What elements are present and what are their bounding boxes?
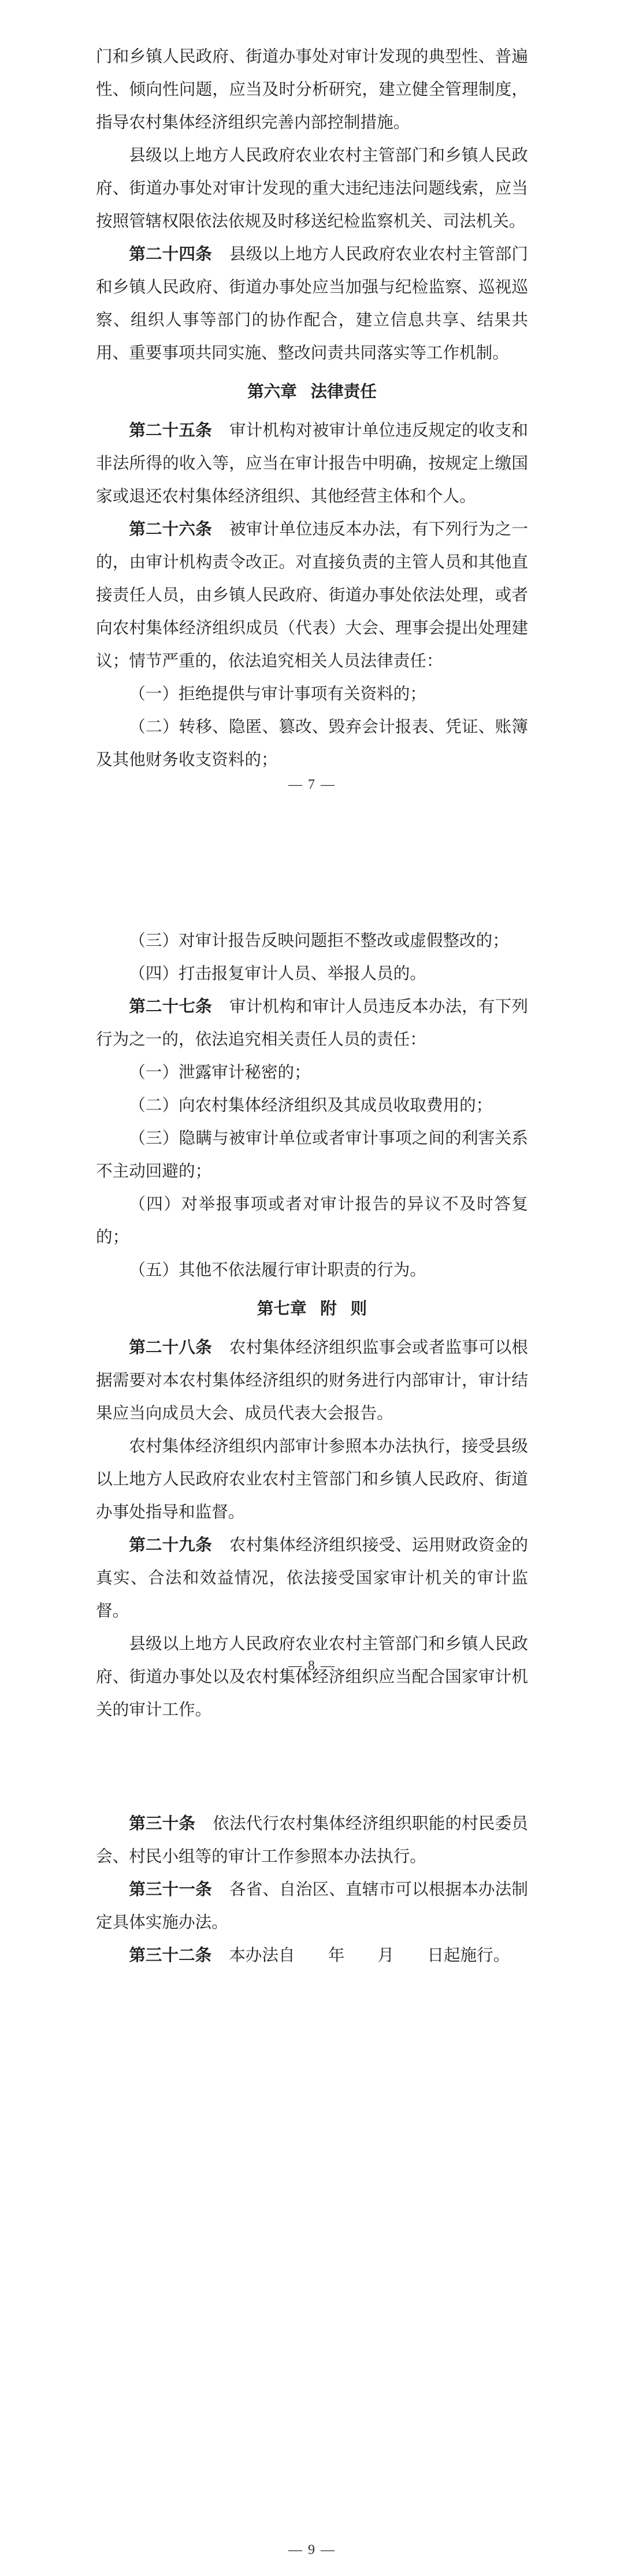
article-number: 第三十条 xyxy=(129,1814,195,1833)
article-number: 第二十四条 xyxy=(129,245,212,263)
paragraph: （四）打击报复审计人员、举报人员的。 xyxy=(96,957,528,990)
article-number: 第二十九条 xyxy=(129,1536,212,1554)
paragraph: （四）对举报事项或者对审计报告的异议不及时答复的； xyxy=(96,1188,528,1254)
article-number: 第二十八条 xyxy=(129,1338,212,1357)
article-number: 第三十二条 xyxy=(129,1946,211,1965)
article-text: 被审计单位违反本办法，有下列行为之一的，由审计机构责令改正。对直接负责的主管人员… xyxy=(96,521,528,670)
page-number: — 9 — xyxy=(0,2541,624,2559)
paragraph: 县级以上地方人民政府农业农村主管部门和乡镇人民政府、街道办事处对审计发现的重大违… xyxy=(96,139,528,238)
paragraph: （三）对审计报告反映问题拒不整改或虚假整改的； xyxy=(96,925,528,957)
article-paragraph: 第三十条依法代行农村集体经济组织职能的村民委员会、村民小组等的审计工作参照本办法… xyxy=(96,1807,528,1873)
page-text-block: 门和乡镇人民政府、街道办事处对审计发现的典型性、普遍性、倾向性问题，应当及时分析… xyxy=(96,40,528,777)
article-text: 本办法自 年 月 日起施行。 xyxy=(229,1947,510,1965)
article-paragraph: 第二十七条审计机构和审计人员违反本办法，有下列行为之一的，依法追究相关责任人员的… xyxy=(96,990,528,1056)
page-text-block: 第三十条依法代行农村集体经济组织职能的村民委员会、村民小组等的审计工作参照本办法… xyxy=(96,1807,528,1972)
paragraph: （二）向农村集体经济组织及其成员收取费用的； xyxy=(96,1089,528,1122)
article-number: 第二十六条 xyxy=(129,520,212,539)
document-view: { "document": { "pages": [ { "page_numbe… xyxy=(0,0,624,2576)
article-paragraph: 第二十五条审计机构对被审计单位违反规定的收支和非法所得的收入等，应当在审计报告中… xyxy=(96,414,528,513)
paragraph: （一）泄露审计秘密的； xyxy=(96,1056,528,1089)
article-number: 第二十七条 xyxy=(129,997,212,1016)
paragraph: 门和乡镇人民政府、街道办事处对审计发现的典型性、普遍性、倾向性问题，应当及时分析… xyxy=(96,40,528,139)
article-paragraph: 第二十四条县级以上地方人民政府农业农村主管部门和乡镇人民政府、街道办事处应当加强… xyxy=(96,238,528,370)
paragraph: 县级以上地方人民政府农业农村主管部门和乡镇人民政府、街道办事处以及农村集体经济组… xyxy=(96,1628,528,1727)
article-number: 第二十五条 xyxy=(129,421,212,440)
article-number: 第三十一条 xyxy=(129,1880,212,1899)
paragraph: （二）转移、隐匿、篡改、毁弃会计报表、凭证、账簿及其他财务收支资料的； xyxy=(96,711,528,777)
article-paragraph: 第二十六条被审计单位违反本办法，有下列行为之一的，由审计机构责令改正。对直接负责… xyxy=(96,513,528,678)
article-paragraph: 第三十一条各省、自治区、直辖市可以根据本办法制定具体实施办法。 xyxy=(96,1873,528,1939)
page-number: — 7 — xyxy=(0,776,624,793)
page-number: — 8 — xyxy=(0,1657,624,1675)
article-paragraph: 第二十八条农村集体经济组织监事会或者监事可以根据需要对本农村集体经济组织的财务进… xyxy=(96,1331,528,1430)
paragraph: （五）其他不依法履行审计职责的行为。 xyxy=(96,1254,528,1287)
chapter-heading: 第六章 法律责任 xyxy=(96,376,528,409)
paragraph: （三）隐瞒与被审计单位或者审计事项之间的利害关系不主动回避的； xyxy=(96,1122,528,1188)
article-paragraph: 第三十二条本办法自 年 月 日起施行。 xyxy=(96,1939,528,1972)
paragraph: （一）拒绝提供与审计事项有关资料的； xyxy=(96,678,528,711)
paragraph: 农村集体经济组织内部审计参照本办法执行，接受县级以上地方人民政府农业农村主管部门… xyxy=(96,1430,528,1529)
chapter-heading: 第七章 附 则 xyxy=(96,1293,528,1326)
page-text-block: （三）对审计报告反映问题拒不整改或虚假整改的；（四）打击报复审计人员、举报人员的… xyxy=(96,925,528,1727)
article-paragraph: 第二十九条农村集体经济组织接受、运用财政资金的真实、合法和效益情况，依法接受国家… xyxy=(96,1529,528,1628)
